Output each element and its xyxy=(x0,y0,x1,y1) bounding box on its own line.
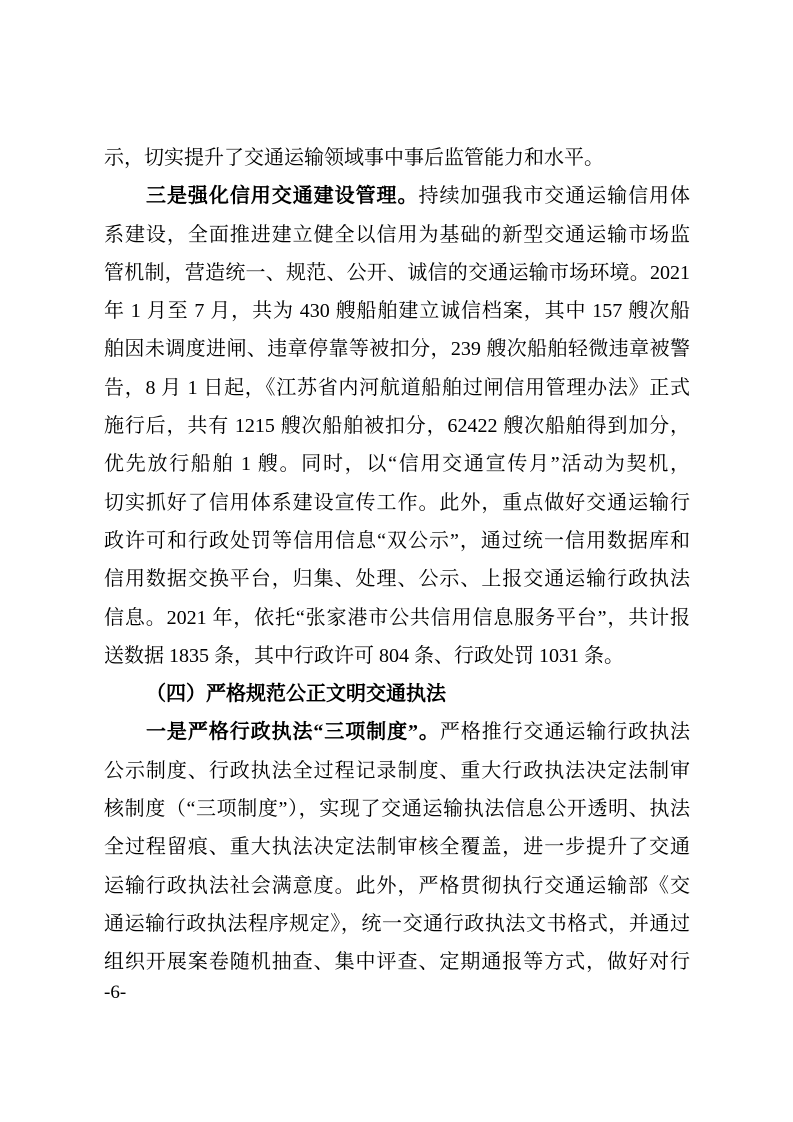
bold-text-run: （四）严格规范公正文明交通执法 xyxy=(146,683,446,705)
text-run: 公示制度、行政执法全过程记录制度、重大行政执法决定法制审 xyxy=(104,760,690,782)
text-run: 优先放行船舶 1 艘。同时，以“信用交通宣传月”活动为契机， xyxy=(104,453,690,475)
text-run: 政许可和行政处罚等信用信息“双公示”，通过统一信用数据库和 xyxy=(104,530,690,552)
text-line: 信用数据交换平台，归集、处理、公示、上报交通运输行政执法 xyxy=(104,560,690,598)
text-run: 年 1 月至 7 月，共为 430 艘船舶建立诚信档案，其中 157 艘次船 xyxy=(104,300,690,322)
text-line: 舶因未调度进闸、违章停靠等被扣分，239 艘次船舶轻微违章被警 xyxy=(104,330,690,368)
text-run: 全过程留痕、重大执法决定法制审核全覆盖，进一步提升了交通 xyxy=(104,836,690,858)
text-run: 信息。2021 年，依托“张家港市公共信用信息服务平台”，共计报 xyxy=(104,607,690,629)
text-line: 切实抓好了信用体系建设宣传工作。此外，重点做好交通运输行 xyxy=(104,484,690,522)
document-body: 示，切实提升了交通运输领域事中事后监管能力和水平。三是强化信用交通建设管理。持续… xyxy=(104,139,690,982)
text-line: 政许可和行政处罚等信用信息“双公示”，通过统一信用数据库和 xyxy=(104,522,690,560)
text-line: 施行后，共有 1215 艘次船舶被扣分，62422 艘次船舶得到加分， xyxy=(104,407,690,445)
text-line: 全过程留痕、重大执法决定法制审核全覆盖，进一步提升了交通 xyxy=(104,828,690,866)
text-run: 示，切实提升了交通运输领域事中事后监管能力和水平。 xyxy=(104,147,604,169)
text-line: 通运输行政执法程序规定》，统一交通行政执法文书格式，并通过 xyxy=(104,905,690,943)
text-line: 核制度（“三项制度”），实现了交通运输执法信息公开透明、执法 xyxy=(104,790,690,828)
bold-text-run: 一是严格行政执法“三项制度”。 xyxy=(146,721,440,743)
text-line: 组织开展案卷随机抽查、集中评查、定期通报等方式，做好对行 xyxy=(104,943,690,981)
bold-text-run: 三是强化信用交通建设管理。 xyxy=(146,185,418,207)
text-line: 年 1 月至 7 月，共为 430 艘船舶建立诚信档案，其中 157 艘次船 xyxy=(104,292,690,330)
text-line: 管机制，营造统一、规范、公开、诚信的交通运输市场环境。2021 xyxy=(104,254,690,292)
text-run: 管机制，营造统一、规范、公开、诚信的交通运输市场环境。2021 xyxy=(104,262,690,284)
text-run: 核制度（“三项制度”），实现了交通运输执法信息公开透明、执法 xyxy=(104,798,690,820)
text-line: 公示制度、行政执法全过程记录制度、重大行政执法决定法制审 xyxy=(104,752,690,790)
text-line: 运输行政执法社会满意度。此外，严格贯彻执行交通运输部《交 xyxy=(104,867,690,905)
text-run: 送数据 1835 条，其中行政许可 804 条、行政处罚 1031 条。 xyxy=(104,645,624,667)
text-run: 组织开展案卷随机抽查、集中评查、定期通报等方式，做好对行 xyxy=(104,951,690,973)
text-run: 通运输行政执法程序规定》，统一交通行政执法文书格式，并通过 xyxy=(104,913,690,935)
text-run: 严格推行交通运输行政执法 xyxy=(440,721,690,743)
text-run: 切实抓好了信用体系建设宣传工作。此外，重点做好交通运输行 xyxy=(104,492,690,514)
text-line: （四）严格规范公正文明交通执法 xyxy=(104,675,690,713)
text-line: 告，8 月 1 日起，《江苏省内河航道船舶过闸信用管理办法》正式 xyxy=(104,369,690,407)
page-number: -6- xyxy=(104,981,126,1005)
text-line: 信息。2021 年，依托“张家港市公共信用信息服务平台”，共计报 xyxy=(104,599,690,637)
document-page: 示，切实提升了交通运输领域事中事后监管能力和水平。三是强化信用交通建设管理。持续… xyxy=(0,0,793,1122)
text-run: 告，8 月 1 日起，《江苏省内河航道船舶过闸信用管理办法》正式 xyxy=(104,377,690,399)
text-line: 一是严格行政执法“三项制度”。严格推行交通运输行政执法 xyxy=(104,713,690,751)
text-run: 系建设，全面推进建立健全以信用为基础的新型交通运输市场监 xyxy=(104,224,690,246)
text-line: 系建设，全面推进建立健全以信用为基础的新型交通运输市场监 xyxy=(104,216,690,254)
text-run: 舶因未调度进闸、违章停靠等被扣分，239 艘次船舶轻微违章被警 xyxy=(104,338,690,360)
text-line: 三是强化信用交通建设管理。持续加强我市交通运输信用体 xyxy=(104,177,690,215)
text-run: 施行后，共有 1215 艘次船舶被扣分，62422 艘次船舶得到加分， xyxy=(104,415,690,437)
text-run: 信用数据交换平台，归集、处理、公示、上报交通运输行政执法 xyxy=(104,568,690,590)
text-line: 优先放行船舶 1 艘。同时，以“信用交通宣传月”活动为契机， xyxy=(104,445,690,483)
text-run: 运输行政执法社会满意度。此外，严格贯彻执行交通运输部《交 xyxy=(104,875,690,897)
text-line: 示，切实提升了交通运输领域事中事后监管能力和水平。 xyxy=(104,139,690,177)
text-line: 送数据 1835 条，其中行政许可 804 条、行政处罚 1031 条。 xyxy=(104,637,690,675)
text-run: 持续加强我市交通运输信用体 xyxy=(418,185,690,207)
